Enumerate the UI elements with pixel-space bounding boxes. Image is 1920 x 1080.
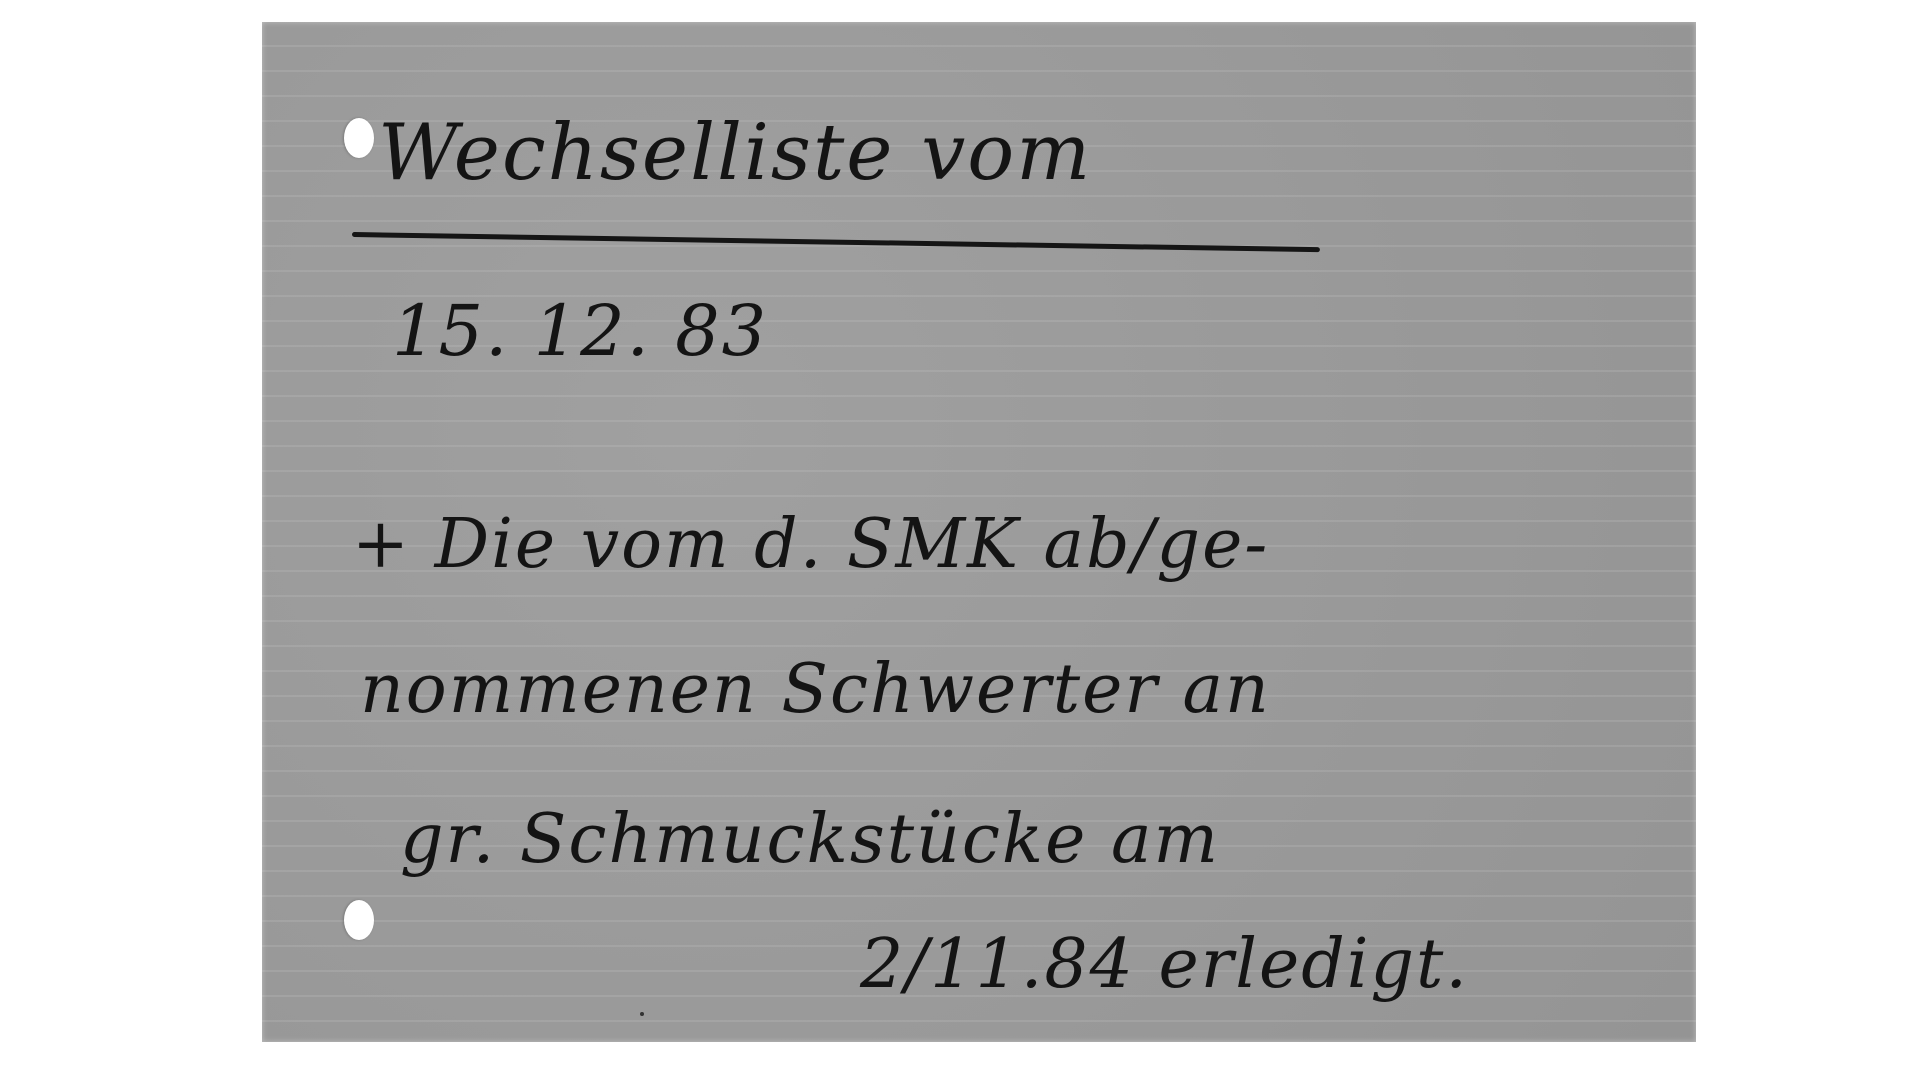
- note-line-2: nommenen Schwerter an: [360, 650, 1271, 729]
- note-line-1: + Die vom d. SMK ab/ge-: [352, 505, 1269, 584]
- note-line-3: gr. Schmuckstücke am: [400, 800, 1220, 879]
- scan-page: Wechselliste vom 15. 12. 83 + Die vom d.…: [0, 0, 1920, 1080]
- card-heading: Wechselliste vom: [378, 108, 1092, 198]
- card-date: 15. 12. 83: [392, 290, 768, 372]
- scan-speck: [640, 1012, 644, 1016]
- punch-hole-top: [344, 118, 374, 158]
- punch-hole-bottom: [344, 900, 374, 940]
- note-line-4: 2/11.84 erledigt.: [860, 925, 1469, 1004]
